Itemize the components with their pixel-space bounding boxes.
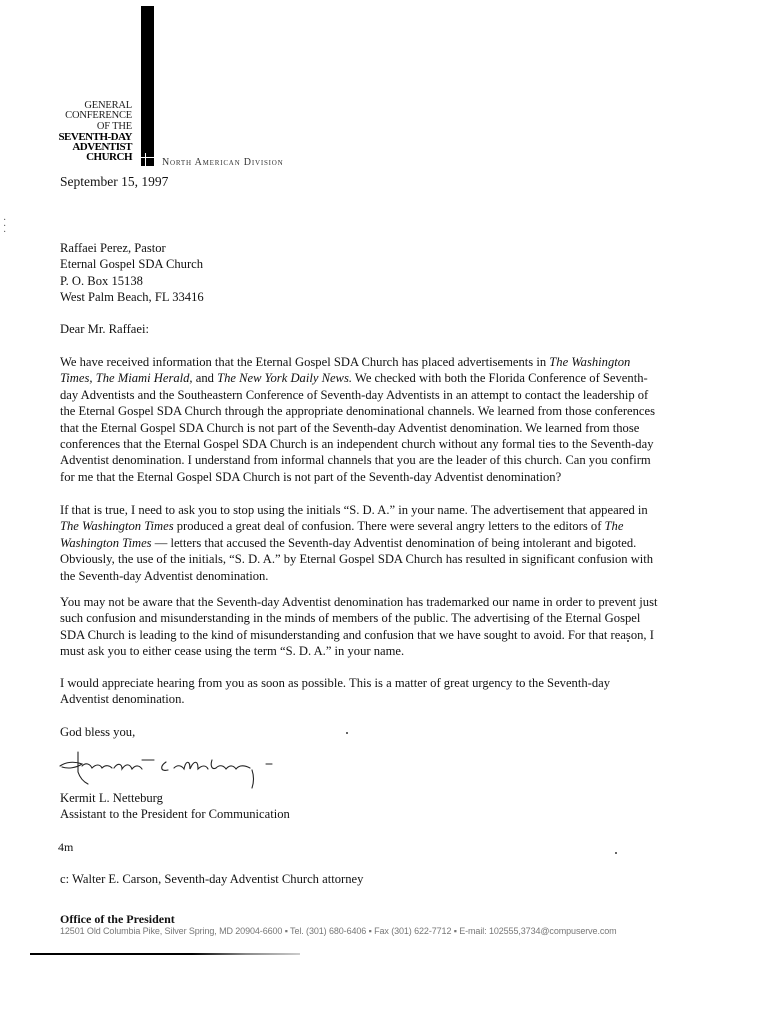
footer-rule (30, 953, 300, 955)
address-line: P. O. Box 15138 (60, 273, 768, 289)
text-line: The Washington Times produced a great de… (60, 518, 768, 534)
signer-name: Kermit L. Netteburg (60, 790, 768, 806)
letter-date: September 15, 1997 (60, 174, 168, 190)
text-line: Adventist denomination. I understand fro… (60, 452, 768, 468)
salutation: Dear Mr. Raffaei: (60, 321, 768, 337)
text-line: day Adventists and the Southeastern Conf… (60, 387, 768, 403)
text-line: such confusion and misunderstanding in t… (60, 610, 768, 626)
text-line: for me that the Eternal Gospel SDA Churc… (60, 469, 768, 485)
text-line: You may not be aware that the Seventh-da… (60, 594, 768, 610)
scan-speck (615, 852, 617, 854)
letterhead-division: North American Division (162, 157, 283, 168)
scan-speck (346, 732, 348, 734)
address-line: Eternal Gospel SDA Church (60, 256, 768, 272)
signer-title: Assistant to the President for Communica… (60, 806, 768, 822)
recipient-address: Raffaei Perez, Pastor Eternal Gospel SDA… (60, 240, 768, 306)
signer-block: Kermit L. Netteburg Assistant to the Pre… (60, 790, 768, 823)
paragraph-3: You may not be aware that the Seventh-da… (60, 594, 768, 660)
letterhead-logo-bar (141, 6, 154, 166)
margin-speck: ··· (3, 218, 6, 236)
paragraph-1: We have received information that the Et… (60, 354, 768, 485)
letterhead-logo-notch (145, 153, 146, 166)
text-line: must ask you to either cease using the t… (60, 643, 768, 659)
text-line: conferences that the Eternal Gospel SDA … (60, 436, 768, 452)
text-line: that the Eternal Gospel SDA Church is no… (60, 420, 768, 436)
text-line: SDA Church is leading to the kind of mis… (60, 627, 768, 643)
text-line: We have received information that the Et… (60, 354, 768, 370)
handwritten-signature (56, 742, 286, 792)
footer-office-title: Office of the President (60, 912, 175, 927)
typist-initials: 4m (58, 840, 73, 855)
text-line: If that is true, I need to ask you to st… (60, 502, 768, 518)
cc-line: c: Walter E. Carson, Seventh-day Adventi… (60, 871, 768, 887)
org-line-bold: CHURCH (58, 152, 132, 162)
paragraph-2: If that is true, I need to ask you to st… (60, 502, 768, 584)
scan-speck (627, 640, 629, 642)
text-line: Adventist denomination. (60, 691, 768, 707)
address-line: Raffaei Perez, Pastor (60, 240, 768, 256)
text-line: Washington Times — letters that accused … (60, 535, 768, 551)
text-line: the Seventh-day Adventist denomination. (60, 568, 768, 584)
text-line: I would appreciate hearing from you as s… (60, 675, 768, 691)
text-line: Times, The Miami Herald, and The New Yor… (60, 370, 768, 386)
paragraph-4: I would appreciate hearing from you as s… (60, 675, 768, 708)
closing: God bless you, (60, 724, 768, 740)
letterhead-organization: GENERAL CONFERENCE OF THE SEVENTH-DAY AD… (58, 101, 132, 163)
letterhead-logo-notch-h (141, 157, 154, 158)
footer-address: 12501 Old Columbia Pike, Silver Spring, … (60, 926, 617, 936)
address-line: West Palm Beach, FL 33416 (60, 289, 768, 305)
text-line: Obviously, the use of the initials, “S. … (60, 551, 768, 567)
text-line: the Eternal Gospel SDA Church through th… (60, 403, 768, 419)
